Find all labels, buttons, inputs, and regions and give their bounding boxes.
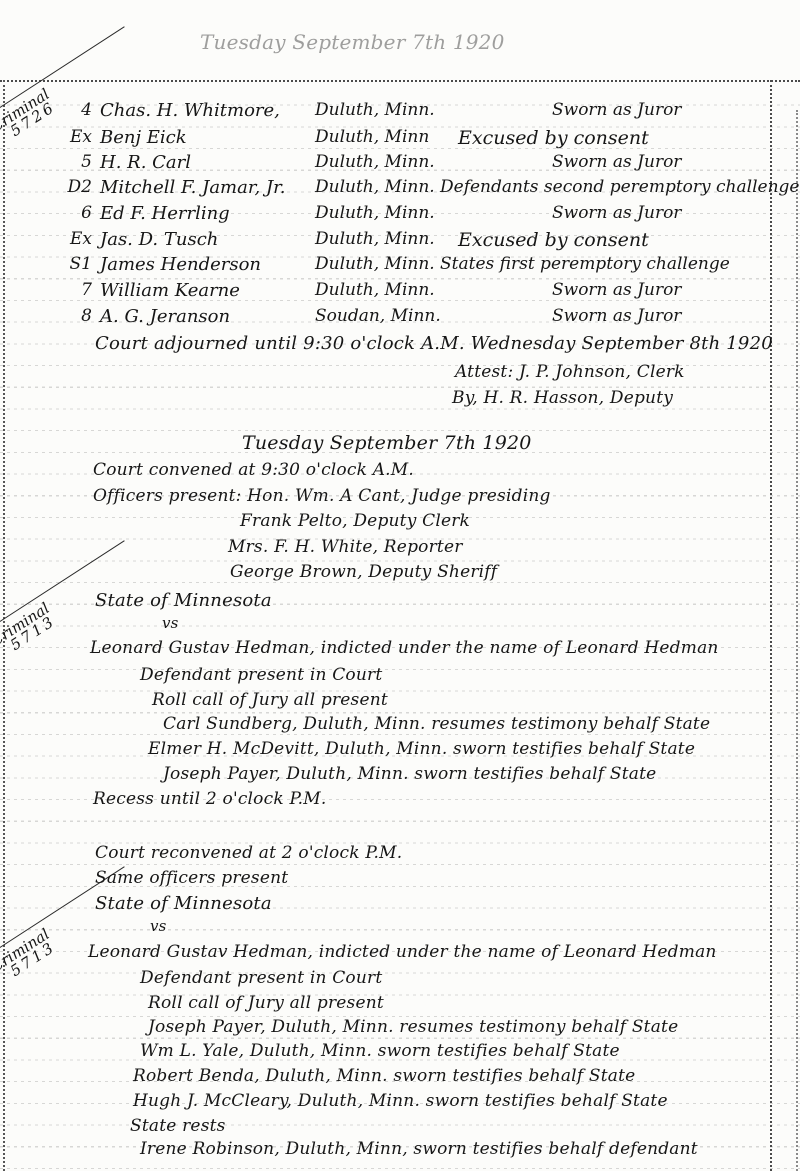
same-officers-line: Same officers present [95, 868, 288, 888]
witness-line: Joseph Payer, Duluth, Minn. sworn testif… [163, 764, 656, 784]
jury-row: D2 Mitchell F. Jamar, Jr. Duluth, Minn. … [0, 177, 800, 203]
case-entry-line: Defendant present in Court [140, 665, 382, 685]
court-reconvened-line: Court reconvened at 2 o'clock P.M. [95, 843, 402, 863]
juror-disposition: Sworn as Juror [552, 280, 681, 300]
jury-row: 8 A. G. Jeranson Soudan, Minn. Sworn as … [0, 306, 800, 332]
witness-line: Elmer H. McDevitt, Duluth, Minn. sworn t… [148, 739, 695, 759]
witness-line: Robert Benda, Duluth, Minn. sworn testif… [133, 1066, 635, 1086]
juror-number: Ex [56, 127, 92, 147]
recess-line: Recess until 2 o'clock P.M. [93, 789, 326, 809]
juror-name: Mitchell F. Jamar, Jr. [100, 177, 286, 198]
juror-disposition: Excused by consent [458, 127, 649, 149]
indictment-line: Leonard Gustav Hedman, indicted under th… [88, 942, 717, 962]
juror-name: William Kearne [100, 280, 240, 301]
jury-row: 6 Ed F. Herrling Duluth, Minn. Sworn as … [0, 203, 800, 229]
juror-city: Duluth, Minn. [315, 152, 435, 172]
juror-city: Duluth, Minn [315, 127, 429, 147]
juror-disposition: Sworn as Juror [552, 306, 681, 326]
page-top-border [0, 80, 800, 82]
indictment-line: Leonard Gustav Hedman, indicted under th… [90, 638, 719, 658]
witness-line: Joseph Payer, Duluth, Minn. resumes test… [148, 1017, 678, 1037]
juror-name: H. R. Carl [100, 152, 191, 173]
juror-city: Duluth, Minn. [315, 100, 435, 120]
juror-disposition: Sworn as Juror [552, 152, 681, 172]
jury-row: 5 H. R. Carl Duluth, Minn. Sworn as Juro… [0, 152, 800, 178]
court-convened-line: Court convened at 9:30 o'clock A.M. [93, 460, 414, 480]
juror-name: James Henderson [100, 254, 261, 275]
case-party-line: State of Minnesota [95, 893, 272, 914]
witness-line: Wm L. Yale, Duluth, Minn. sworn testifie… [140, 1041, 620, 1061]
juror-name: Benj Eick [100, 127, 187, 148]
case-entry-line: Defendant present in Court [140, 968, 382, 988]
juror-number: 6 [56, 203, 92, 223]
juror-city: Soudan, Minn. [315, 306, 441, 326]
session-date-heading: Tuesday September 7th 1920 [242, 432, 532, 454]
state-rests-line: State rests [130, 1116, 226, 1136]
juror-city: Duluth, Minn. [315, 203, 435, 223]
deputy-line: By, H. R. Hasson, Deputy [452, 388, 673, 408]
juror-disposition: Excused by consent [458, 229, 649, 251]
witness-line: Irene Robinson, Duluth, Minn, sworn test… [140, 1139, 698, 1159]
jury-row: 7 William Kearne Duluth, Minn. Sworn as … [0, 280, 800, 306]
officers-present-line: Officers present: Hon. Wm. A Cant, Judge… [93, 486, 551, 506]
juror-disposition: Defendants second peremptory challenge [440, 177, 799, 197]
officer-clerk-line: Frank Pelto, Deputy Clerk [240, 511, 470, 531]
juror-number: S1 [56, 254, 92, 274]
juror-number: 4 [56, 100, 92, 120]
juror-name: Jas. D. Tusch [100, 229, 218, 250]
case-entry-line: Roll call of Jury all present [152, 690, 388, 710]
ledger-page: Tuesday September 7th 1920 Criminal 5726… [0, 0, 800, 1171]
juror-disposition: Sworn as Juror [552, 203, 681, 223]
margin-note-criminal-5713-b: Criminal 5713 [0, 927, 59, 986]
juror-city: Duluth, Minn. [315, 254, 435, 274]
jury-row: S1 James Henderson Duluth, Minn. States … [0, 254, 800, 280]
juror-number: 8 [56, 306, 92, 326]
attest-line: Attest: J. P. Johnson, Clerk [455, 362, 685, 382]
jury-row: Ex Benj Eick Duluth, Minn Excused by con… [0, 127, 800, 153]
adjournment-line: Court adjourned until 9:30 o'clock A.M. … [95, 333, 773, 354]
juror-number: 5 [56, 152, 92, 172]
jury-row: 4 Chas. H. Whitmore, Duluth, Minn. Sworn… [0, 100, 800, 126]
faded-page-date: Tuesday September 7th 1920 [200, 30, 505, 54]
case-vs: vs [150, 917, 167, 935]
case-party-line: State of Minnesota [95, 590, 272, 611]
case-vs: vs [162, 614, 179, 632]
juror-city: Duluth, Minn. [315, 280, 435, 300]
juror-number: Ex [56, 229, 92, 249]
juror-name: Ed F. Herrling [100, 203, 230, 224]
juror-name: Chas. H. Whitmore, [100, 100, 280, 121]
witness-line: Carl Sundberg, Duluth, Minn. resumes tes… [163, 714, 710, 734]
jury-row: Ex Jas. D. Tusch Duluth, Minn. Excused b… [0, 229, 800, 255]
juror-disposition: Sworn as Juror [552, 100, 681, 120]
officer-sheriff-line: George Brown, Deputy Sheriff [230, 562, 497, 582]
juror-number: 7 [56, 280, 92, 300]
witness-line: Hugh J. McCleary, Duluth, Minn. sworn te… [133, 1091, 668, 1111]
juror-name: A. G. Jeranson [100, 306, 230, 327]
officer-reporter-line: Mrs. F. H. White, Reporter [228, 537, 463, 557]
juror-disposition: States first peremptory challenge [440, 254, 730, 274]
juror-number: D2 [56, 177, 92, 197]
juror-city: Duluth, Minn. [315, 229, 435, 249]
case-entry-line: Roll call of Jury all present [148, 993, 384, 1013]
juror-city: Duluth, Minn. [315, 177, 435, 197]
margin-note-criminal-5713-a: Criminal 5713 [0, 601, 59, 660]
